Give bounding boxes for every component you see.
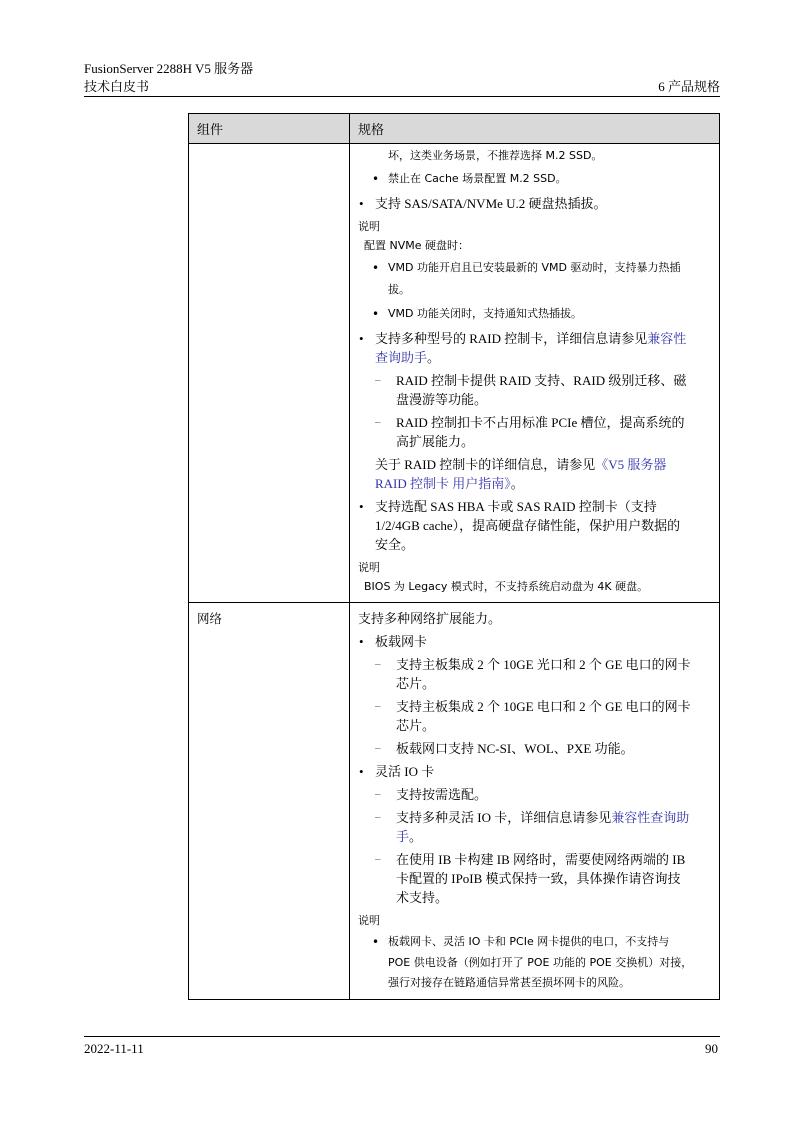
product-title: FusionServer 2288H V5 服务器 (84, 60, 720, 78)
footer-divider (84, 1036, 720, 1037)
dash-item: 支持主板集成 2 个 10GE 电口和 2 个 GE 电口的网卡芯片。 (358, 697, 711, 735)
dash-item: 支持按需选配。 (358, 785, 711, 804)
dash-text: 术支持。 (396, 890, 448, 905)
spec-cell: 坏，这类业务场景，不推荐选择 M.2 SSD。 禁止在 Cache 场景配置 M… (350, 144, 720, 603)
dash-text: 卡配置的 IPoIB 模式保持一致，具体操作请咨询技 (396, 871, 681, 886)
raid-text: 支持多种型号的 RAID 控制卡，详细信息请参见 (375, 331, 647, 346)
raid-guide-link[interactable]: 《V5 服务器 (595, 457, 666, 472)
dash-item: 支持多种灵活 IO 卡，详细信息请参见兼容性查询助手。 (358, 808, 711, 846)
note-bullet-cont: 强行对接存在链路通信异常甚至损坏网卡的风险。 (358, 973, 711, 993)
note-bullet-cont: POE 供电设备（例如打开了 POE 功能的 POE 交换机）对接， (358, 953, 711, 973)
note-bullet-text: VMD 功能开启且已安装最新的 VMD 驱动时，支持暴力热插 (388, 261, 680, 274)
note-bullet: VMD 功能关闭时，支持通知式热插拔。 (358, 303, 711, 325)
dash-text: 支持主板集成 2 个 10GE 电口和 2 个 GE 电口的网卡 (396, 699, 691, 714)
bullet-flex-io: 灵活 IO 卡 (358, 762, 711, 781)
bullet-raid: 支持多种型号的 RAID 控制卡，详细信息请参见兼容性查询助手。 (358, 329, 711, 367)
note-label: 说明 (358, 913, 711, 929)
table-row: 网络 支持多种网络扩展能力。 板载网卡 支持主板集成 2 个 10GE 光口和 … (189, 603, 720, 1000)
dash-text-cont: 盘漫游等功能。 (396, 392, 487, 407)
dash-text-end: 。 (409, 829, 422, 844)
raid-reference: 关于 RAID 控制卡的详细信息，请参见《V5 服务器RAID 控制卡 用户指南… (358, 455, 711, 493)
dash-text: 在使用 IB 卡构建 IB 网络时，需要使网络两端的 IB (396, 852, 685, 867)
dash-item: 在使用 IB 卡构建 IB 网络时，需要使网络两端的 IB卡配置的 IPoIB … (358, 850, 711, 907)
note-bullet: VMD 功能开启且已安装最新的 VMD 驱动时，支持暴力热插拔。 (358, 257, 711, 301)
hba-text: 安全。 (375, 537, 414, 552)
note-bullet: 板载网卡、灵活 IO 卡和 PCIe 网卡提供的电口，不支持与 (358, 931, 711, 953)
dash-text: RAID 控制扣卡不占用标准 PCIe 槽位，提高系统的 (396, 415, 685, 430)
spec-table: 组件 规格 坏，这类业务场景，不推荐选择 M.2 SSD。 禁止在 Cache … (188, 113, 720, 1000)
raid-guide-link-cont[interactable]: RAID 控制卡 用户指南》 (375, 476, 511, 491)
note-label: 说明 (358, 219, 711, 235)
page-footer: 2022-11-11 90 (84, 1041, 720, 1057)
dash-item: RAID 控制卡提供 RAID 支持、RAID 级别迁移、磁盘漫游等功能。 (358, 371, 711, 409)
chapter-title: 6 产品规格 (658, 78, 720, 96)
compat-link-cont[interactable]: 查询助手 (375, 350, 427, 365)
continued-text: 坏，这类业务场景，不推荐选择 M.2 SSD。 (358, 146, 711, 166)
note-label: 说明 (358, 560, 711, 576)
table-row: 坏，这类业务场景，不推荐选择 M.2 SSD。 禁止在 Cache 场景配置 M… (189, 144, 720, 603)
hba-text: 1/2/4GB cache），提高硬盘存储性能，保护用户数据的 (375, 518, 680, 533)
ref-end: 。 (511, 476, 524, 491)
raid-text-end: 。 (427, 350, 440, 365)
ref-text: 关于 RAID 控制卡的详细信息，请参见 (375, 457, 595, 472)
dash-item: 支持主板集成 2 个 10GE 光口和 2 个 GE 电口的网卡芯片。 (358, 655, 711, 693)
footer-date: 2022-11-11 (84, 1041, 144, 1056)
spec-cell: 支持多种网络扩展能力。 板载网卡 支持主板集成 2 个 10GE 光口和 2 个… (350, 603, 720, 1000)
page-number: 90 (705, 1041, 718, 1057)
bullet-onboard-nic: 板载网卡 (358, 632, 711, 651)
dash-text-cont: 芯片。 (396, 718, 435, 733)
dash-text-cont: 高扩展能力。 (396, 434, 474, 449)
component-cell (189, 144, 350, 603)
sub-bullet: 禁止在 Cache 场景配置 M.2 SSD。 (358, 168, 711, 190)
column-header-spec: 规格 (350, 114, 720, 144)
compat-link-cont[interactable]: 手 (396, 829, 409, 844)
note-bullet-text-cont: 拔。 (388, 283, 410, 296)
table-header-row: 组件 规格 (189, 114, 720, 144)
document-type: 技术白皮书 (84, 78, 720, 96)
page-header: FusionServer 2288H V5 服务器 技术白皮书 6 产品规格 (84, 60, 720, 96)
bullet-hotplug: 支持 SAS/SATA/NVMe U.2 硬盘热插拔。 (358, 194, 711, 213)
hba-text: 支持选配 SAS HBA 卡或 SAS RAID 控制卡（支持 (375, 499, 657, 514)
header-divider (84, 96, 720, 97)
component-cell: 网络 (189, 603, 350, 1000)
dash-text: 支持主板集成 2 个 10GE 光口和 2 个 GE 电口的网卡 (396, 657, 691, 672)
bullet-hba: 支持选配 SAS HBA 卡或 SAS RAID 控制卡（支持1/2/4GB c… (358, 497, 711, 554)
dash-text-cont: 芯片。 (396, 676, 435, 691)
column-header-component: 组件 (189, 114, 350, 144)
compat-link[interactable]: 兼容性 (647, 331, 686, 346)
note-intro: 配置 NVMe 硬盘时： (358, 237, 711, 255)
dash-item: RAID 控制扣卡不占用标准 PCIe 槽位，提高系统的高扩展能力。 (358, 413, 711, 451)
compat-link[interactable]: 兼容性查询助 (611, 810, 689, 825)
dash-text: RAID 控制卡提供 RAID 支持、RAID 级别迁移、磁 (396, 373, 686, 388)
note-text: BIOS 为 Legacy 模式时，不支持系统启动盘为 4K 硬盘。 (358, 578, 711, 596)
dash-item: 板载网口支持 NC-SI、WOL、PXE 功能。 (358, 739, 711, 758)
network-intro: 支持多种网络扩展能力。 (358, 609, 711, 628)
dash-text: 支持多种灵活 IO 卡，详细信息请参见 (396, 810, 611, 825)
